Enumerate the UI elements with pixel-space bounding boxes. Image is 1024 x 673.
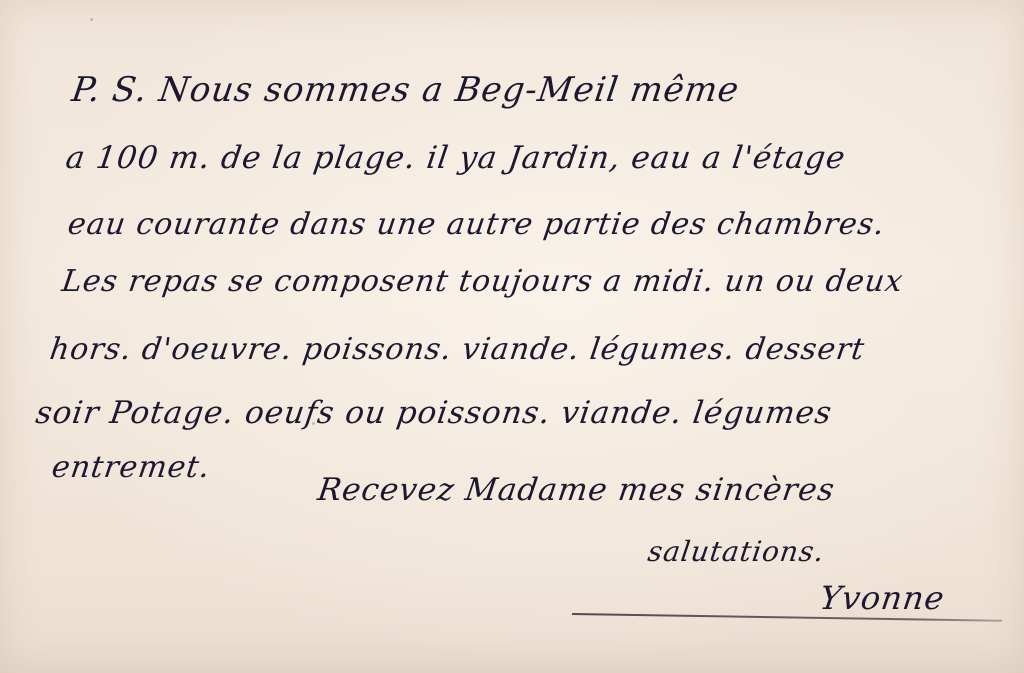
text-line-2: a 100 m. de la plage. il ya Jardin, eau … bbox=[63, 138, 848, 178]
text-line-1: P. S. Nous sommes a Beg-Meil même bbox=[69, 70, 742, 110]
text-line-3: eau courante dans une autre partie des c… bbox=[65, 205, 887, 245]
signature: Yvonne bbox=[817, 578, 947, 618]
text-line-4: Les repas se composent toujours a midi. … bbox=[59, 262, 906, 302]
postcard: P. S. Nous sommes a Beg-Meil même a 100 … bbox=[0, 0, 1024, 673]
paper-speck bbox=[90, 18, 93, 21]
text-line-6: soir Potage. oeufs ou poissons. viande. … bbox=[33, 393, 835, 433]
text-line-7: entremet. bbox=[49, 448, 213, 488]
paper-speck bbox=[312, 422, 315, 425]
paper-speck bbox=[760, 150, 763, 153]
closing-line: Recevez Madame mes sincères bbox=[315, 470, 837, 510]
salutations-line: salutations. bbox=[645, 532, 827, 572]
text-line-5: hors. d'oeuvre. poissons. viande. légume… bbox=[47, 330, 867, 370]
